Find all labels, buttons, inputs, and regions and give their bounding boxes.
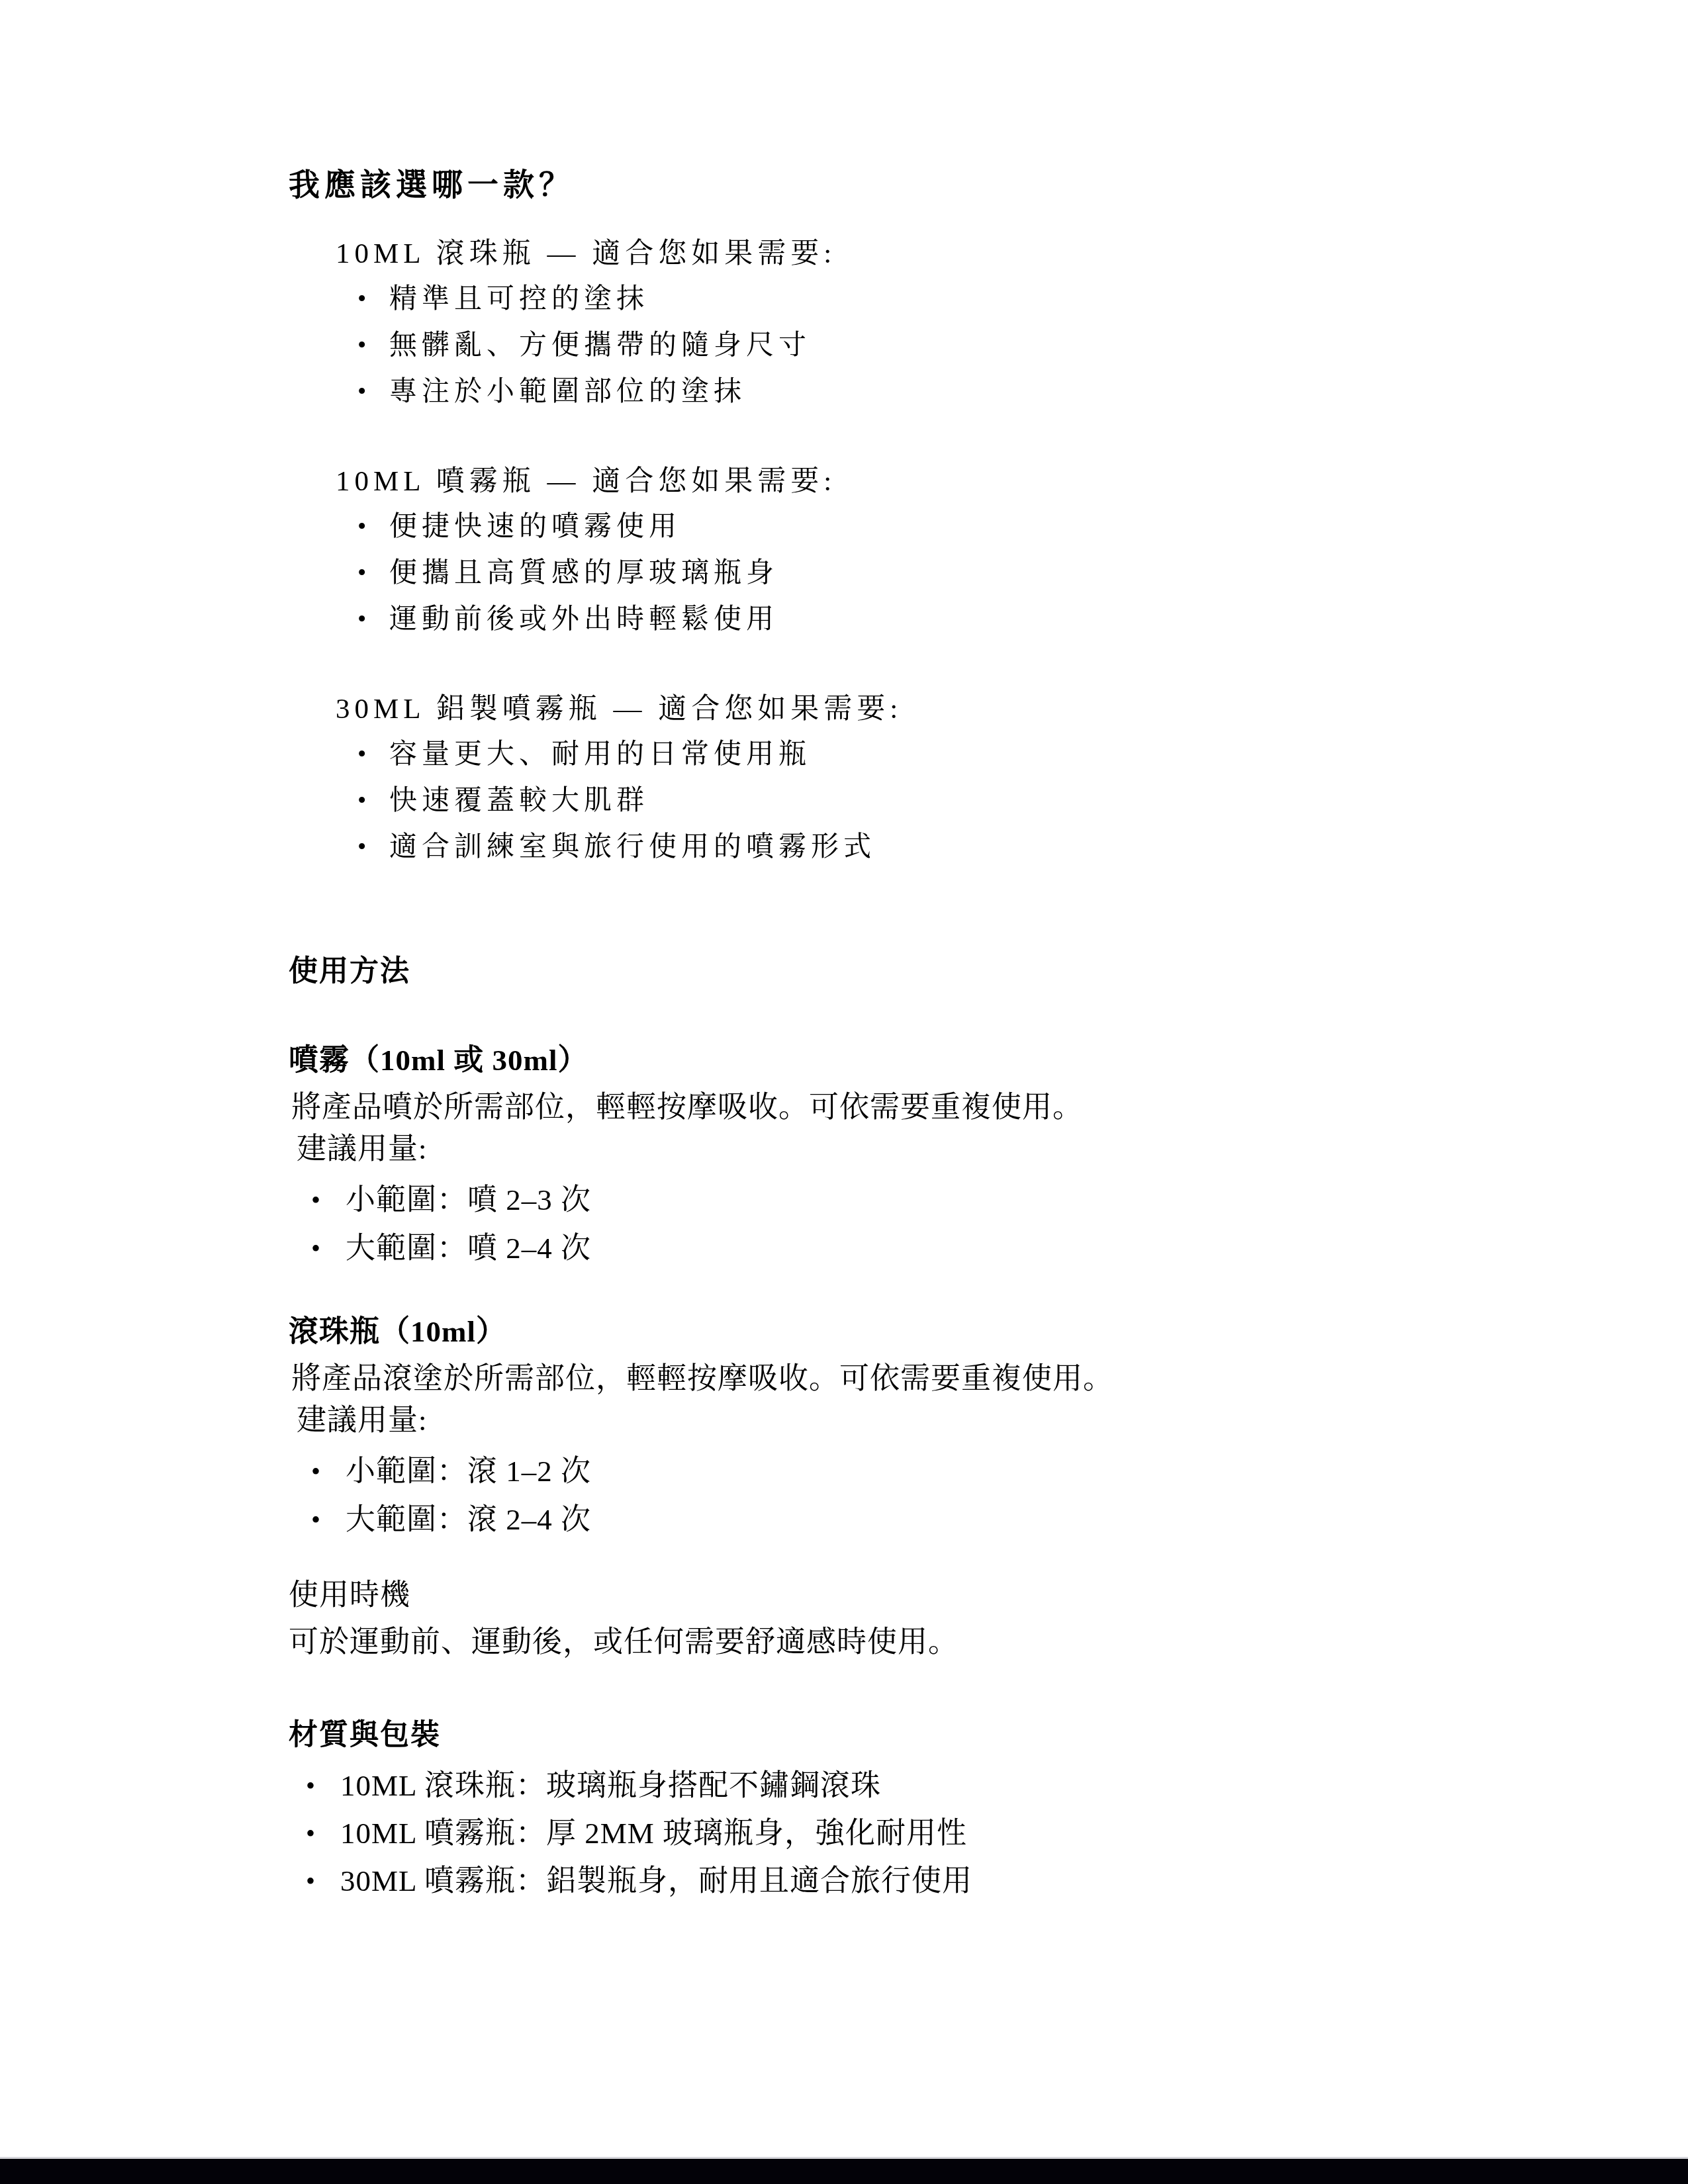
bullet-dot-icon: • (357, 332, 389, 358)
list-item: • 專注於小範圍部位的塗抹 (357, 378, 836, 406)
method-subheading: 滾珠瓶（10ml） (289, 1317, 1113, 1347)
bullet-text: 精準且可控的塗抹 (389, 285, 649, 313)
list-item: • 10ML 滾珠瓶：玻璃瓶身搭配不鏽鋼滾珠 (306, 1771, 972, 1801)
list-item: • 適合訓練室與旅行使用的噴霧形式 (357, 833, 902, 861)
group-heading: 30ML 鋁製噴霧瓶 — 適合您如果需要: (336, 695, 902, 723)
materials-bullet-list: • 10ML 滾珠瓶：玻璃瓶身搭配不鏽鋼滾珠 • 10ML 噴霧瓶：厚 2MM … (289, 1771, 972, 1914)
bullet-dot-icon: • (311, 1185, 346, 1214)
bullet-dot-icon: • (357, 513, 389, 539)
bullet-text: 小範圍：滾 1–2 次 (346, 1457, 591, 1486)
bottom-black-bar (0, 2157, 1688, 2184)
bullet-dot-icon: • (357, 833, 389, 860)
list-item: • 精準且可控的塗抹 (357, 285, 836, 313)
bullet-dot-icon: • (311, 1505, 346, 1533)
group-bullet-list: • 容量更大、耐用的日常使用瓶 • 快速覆蓋較大肌群 • 適合訓練室與旅行使用的… (289, 741, 902, 861)
method-description: 將產品噴於所需部位，輕輕按摩吸收。可依需要重複使用。 (291, 1093, 1083, 1122)
bullet-dot-icon: • (357, 741, 389, 767)
dosage-label: 建議用量: (297, 1134, 1083, 1164)
usage-method-rollon: 滾珠瓶（10ml） 將產品滾塗於所需部位，輕輕按摩吸收。可依需要重複使用。 建議… (289, 1317, 1113, 1553)
list-item: • 小範圍：滾 1–2 次 (311, 1457, 1113, 1486)
bullet-text: 小範圍：噴 2–3 次 (346, 1185, 591, 1215)
method-subheading: 噴霧（10ml 或 30ml） (289, 1046, 1083, 1075)
dosage-label: 建議用量: (297, 1406, 1113, 1435)
list-item: • 便攜且高質感的厚玻璃瓶身 (357, 559, 836, 587)
group-bullet-list: • 精準且可控的塗抹 • 無髒亂、方便攜帶的隨身尺寸 • 專注於小範圍部位的塗抹 (289, 285, 836, 406)
bullet-text: 容量更大、耐用的日常使用瓶 (389, 741, 811, 768)
bullet-text: 便攜且高質感的厚玻璃瓶身 (389, 559, 778, 587)
list-item: • 便捷快速的噴霧使用 (357, 513, 836, 541)
bullet-text: 專注於小範圍部位的塗抹 (389, 378, 746, 406)
bullet-dot-icon: • (357, 559, 389, 586)
dosage-bullet-list: • 小範圍：滾 1–2 次 • 大範圍：滾 2–4 次 (289, 1457, 1113, 1535)
bullet-text: 適合訓練室與旅行使用的噴霧形式 (389, 833, 876, 861)
list-item: • 小範圍：噴 2–3 次 (311, 1185, 1083, 1215)
bullet-text: 大範圍：滾 2–4 次 (346, 1505, 591, 1535)
usage-method-spray: 噴霧（10ml 或 30ml） 將產品噴於所需部位，輕輕按摩吸收。可依需要重複使… (289, 1046, 1083, 1282)
bullet-text: 大範圍：噴 2–4 次 (346, 1234, 591, 1263)
bullet-dot-icon: • (306, 1771, 340, 1799)
bullet-dot-icon: • (306, 1866, 340, 1895)
bullet-text: 10ML 滾珠瓶：玻璃瓶身搭配不鏽鋼滾珠 (340, 1771, 881, 1801)
group-bullet-list: • 便捷快速的噴霧使用 • 便攜且高質感的厚玻璃瓶身 • 運動前後或外出時輕鬆使… (289, 513, 836, 633)
bullet-text: 30ML 噴霧瓶：鋁製瓶身，耐用且適合旅行使用 (340, 1866, 972, 1896)
usage-timing: 使用時機 可於運動前、運動後，或任何需要舒適感時使用。 (289, 1580, 959, 1657)
bullet-dot-icon: • (357, 378, 389, 404)
product-group-30ml-spray: 30ML 鋁製噴霧瓶 — 適合您如果需要: • 容量更大、耐用的日常使用瓶 • … (289, 695, 902, 880)
usage-section-heading: 使用方法 (289, 957, 410, 986)
dosage-bullet-list: • 小範圍：噴 2–3 次 • 大範圍：噴 2–4 次 (289, 1185, 1083, 1263)
bullet-dot-icon: • (357, 606, 389, 632)
timing-label: 使用時機 (289, 1580, 959, 1610)
list-item: • 10ML 噴霧瓶：厚 2MM 玻璃瓶身，強化耐用性 (306, 1819, 972, 1848)
list-item: • 大範圍：噴 2–4 次 (311, 1234, 1083, 1263)
list-item: • 無髒亂、方便攜帶的隨身尺寸 (357, 332, 836, 359)
product-group-10ml-rollon: 10ML 滾珠瓶 — 適合您如果需要: • 精準且可控的塗抹 • 無髒亂、方便攜… (289, 240, 836, 424)
timing-text: 可於運動前、運動後，或任何需要舒適感時使用。 (289, 1627, 959, 1657)
materials-section-heading: 材質與包裝 (289, 1721, 441, 1750)
bullet-dot-icon: • (357, 285, 389, 312)
bullet-dot-icon: • (311, 1234, 346, 1262)
group-heading: 10ML 滾珠瓶 — 適合您如果需要: (336, 240, 836, 268)
list-item: • 容量更大、耐用的日常使用瓶 (357, 741, 902, 768)
bullet-dot-icon: • (357, 787, 389, 813)
bullet-text: 運動前後或外出時輕鬆使用 (389, 606, 778, 633)
bullet-text: 無髒亂、方便攜帶的隨身尺寸 (389, 332, 811, 359)
list-item: • 快速覆蓋較大肌群 (357, 787, 902, 815)
document-page: 我應該選哪一款？ 10ML 滾珠瓶 — 適合您如果需要: • 精準且可控的塗抹 … (0, 0, 1688, 2184)
bullet-dot-icon: • (311, 1457, 346, 1485)
list-item: • 運動前後或外出時輕鬆使用 (357, 606, 836, 633)
bullet-text: 快速覆蓋較大肌群 (389, 787, 649, 815)
page-title: 我應該選哪一款？ (289, 169, 575, 200)
method-description: 將產品滾塗於所需部位，輕輕按摩吸收。可依需要重複使用。 (291, 1364, 1113, 1394)
bullet-text: 10ML 噴霧瓶：厚 2MM 玻璃瓶身，強化耐用性 (340, 1819, 967, 1848)
list-item: • 大範圍：滾 2–4 次 (311, 1505, 1113, 1535)
list-item: • 30ML 噴霧瓶：鋁製瓶身，耐用且適合旅行使用 (306, 1866, 972, 1896)
product-group-10ml-spray: 10ML 噴霧瓶 — 適合您如果需要: • 便捷快速的噴霧使用 • 便攜且高質感… (289, 467, 836, 652)
bullet-text: 便捷快速的噴霧使用 (389, 513, 681, 541)
group-heading: 10ML 噴霧瓶 — 適合您如果需要: (336, 467, 836, 496)
bullet-dot-icon: • (306, 1819, 340, 1847)
